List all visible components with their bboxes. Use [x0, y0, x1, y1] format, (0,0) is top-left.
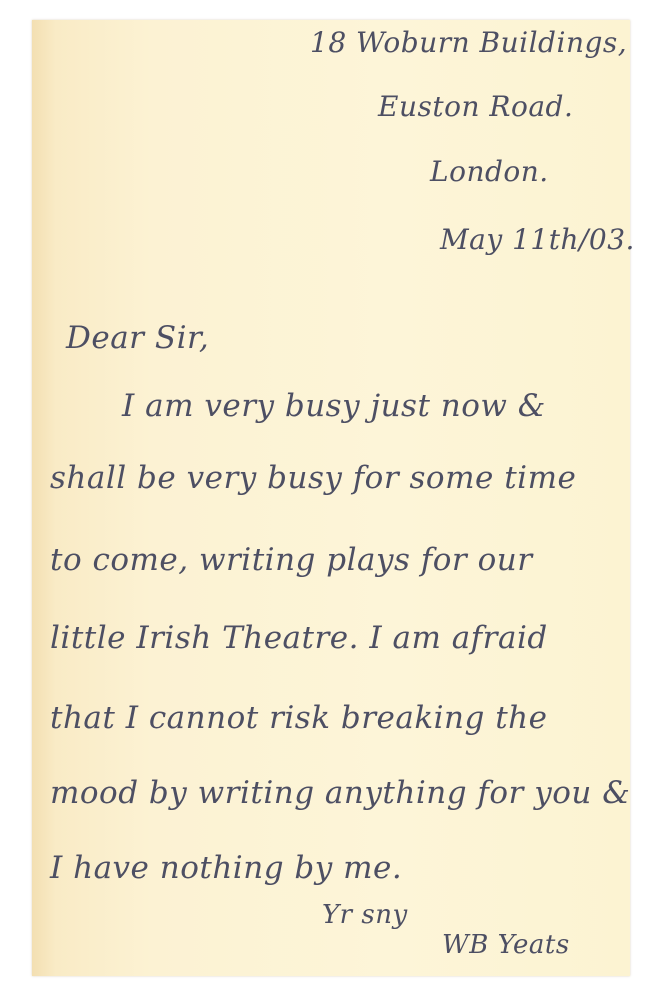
letter-paper: 18 Woburn Buildings, Euston Road. London…	[32, 20, 630, 976]
address-line-1: 18 Woburn Buildings,	[310, 26, 627, 59]
address-line-3: London.	[430, 155, 549, 188]
salutation: Dear Sir,	[66, 320, 209, 356]
closing: Yr sny	[322, 900, 408, 930]
body-line-6: mood by writing anything for you &	[50, 775, 630, 811]
letter-date: May 11th/03.	[440, 223, 635, 256]
body-line-3: to come, writing plays for our	[50, 542, 533, 578]
body-line-2: shall be very busy for some time	[50, 460, 576, 496]
signature: WB Yeats	[442, 930, 570, 960]
body-line-7: I have nothing by me.	[50, 850, 402, 886]
address-line-2: Euston Road.	[378, 90, 573, 123]
body-line-4: little Irish Theatre. I am afraid	[50, 620, 548, 656]
body-line-5: that I cannot risk breaking the	[50, 700, 547, 736]
body-line-1: I am very busy just now &	[122, 388, 546, 424]
